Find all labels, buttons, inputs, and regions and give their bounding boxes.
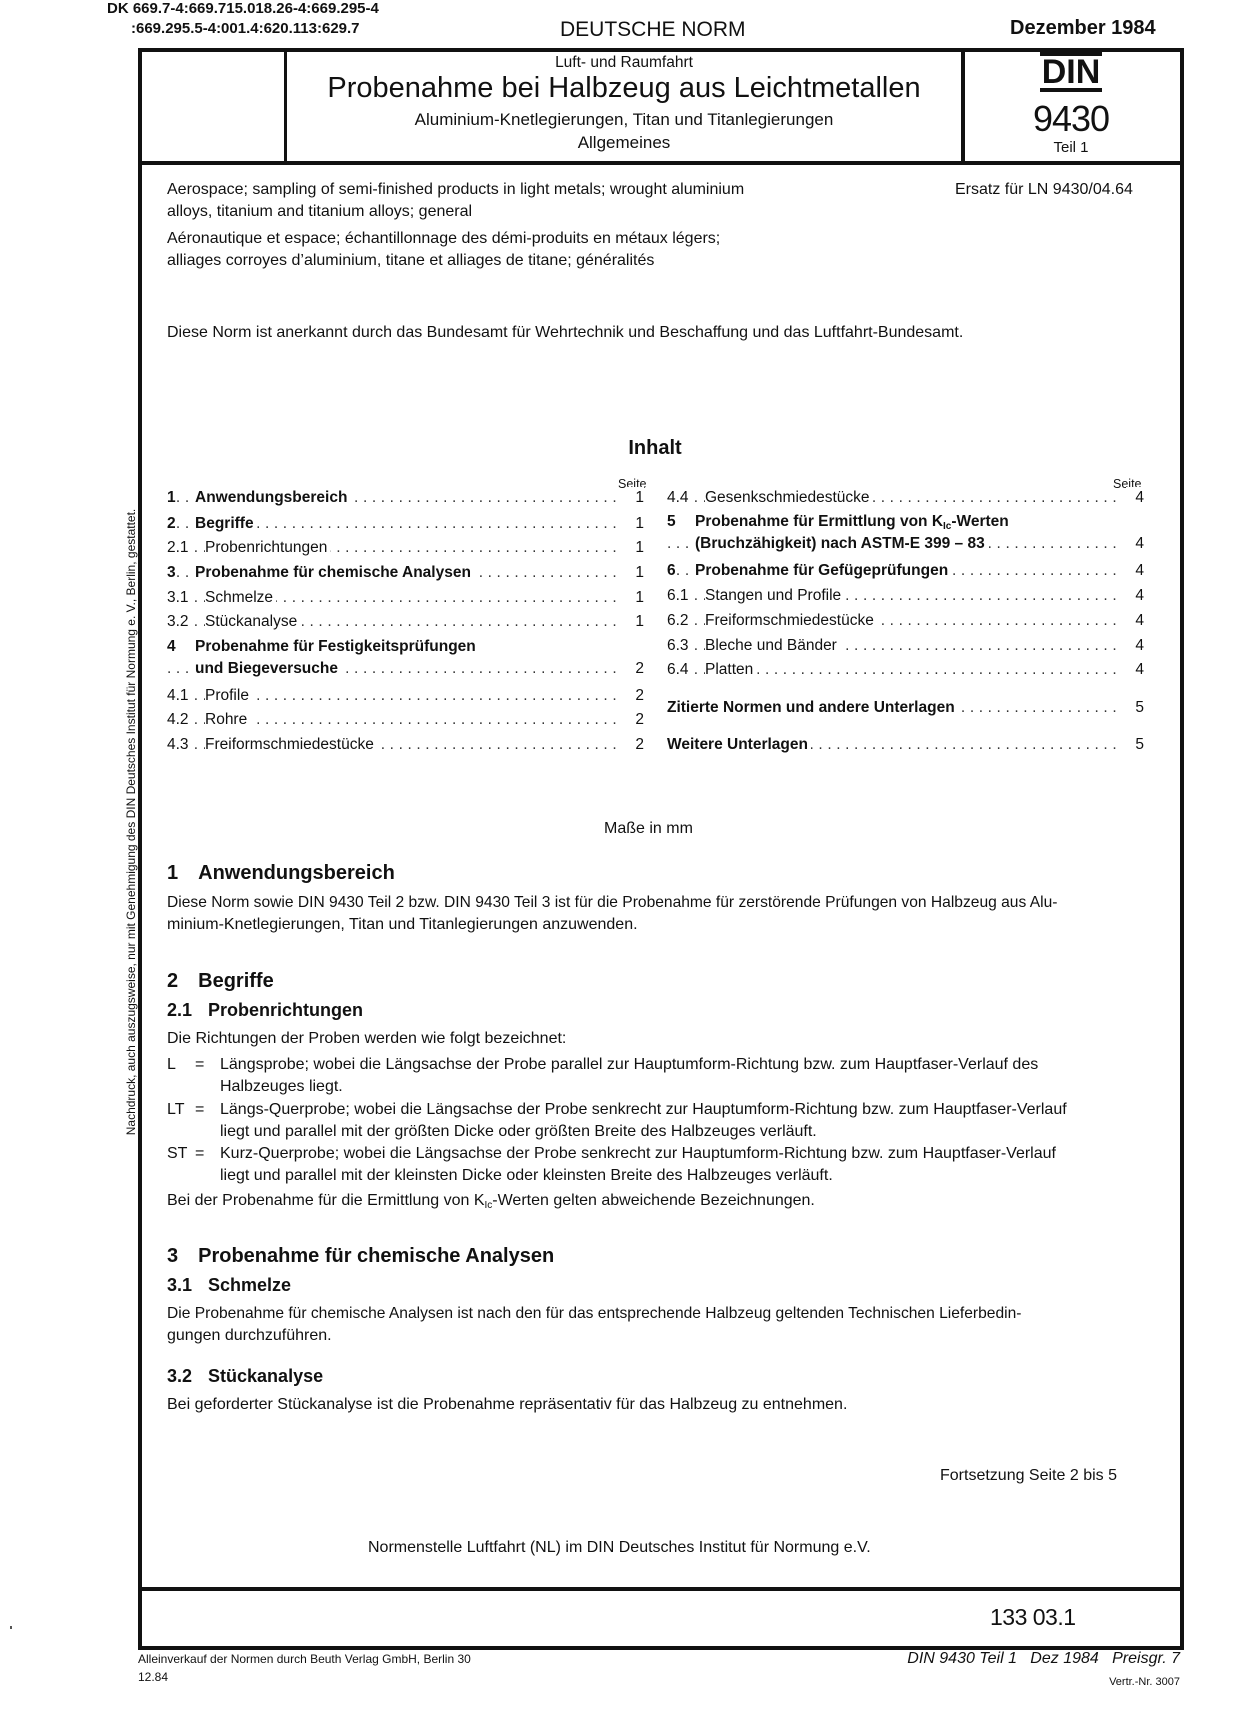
category: Luft- und Raumfahrt [287,54,961,72]
toc-entry-page: 4 [1126,610,1144,632]
toc-entry-label: Rohre [205,709,250,731]
section-1-number: 1 [167,862,178,884]
dk-classification-line-2: :669.295.5-4:001.4:620.113:629.7 [131,20,360,38]
toc-entry[interactable]: ........................................… [667,585,1144,607]
toc-entry-page: 1 [626,537,644,559]
section-1-title: Anwendungsbereich [198,862,395,884]
toc-entry-page: 1 [626,562,644,584]
din-number: 9430 [965,98,1177,140]
toc-entry-label-cont: und Biegeversuche [195,658,341,680]
toc-entry-label: Begriffe [195,513,257,535]
toc-entry[interactable]: ........................................… [167,562,644,584]
toc-entry-label: Probenahme für chemische Analysen [195,562,474,584]
definition-text: Längsprobe; wobei die Längsachse der Pro… [220,1056,1147,1074]
section-3-heading: 3Probenahme für chemische Analysen [167,1245,554,1268]
toc-entry-label: Anwendungsbereich [195,487,350,509]
french-title-line-1: Aéronautique et espace; échantillonnage … [167,230,720,248]
class-number-divider [138,1587,1184,1591]
toc-entry-number: 4 [167,636,176,658]
document-subtitle-2: Allgemeines [287,133,961,153]
footer-edition: 12.84 [138,1670,168,1684]
toc-entry-number: 6 [667,560,676,582]
toc-entry-label: Bleche und Bänder [705,635,840,657]
toc-entry-number: 3.2 [167,611,189,633]
toc-entry-page: 4 [1126,659,1144,681]
recognition-note: Diese Norm ist anerkannt durch das Bunde… [167,324,963,342]
toc-entry-label: Freiformschmiedestücke [705,610,877,632]
continuation-note: Fortsetzung Seite 2 bis 5 [940,1467,1117,1485]
section-2-1-number: 2.1 [167,1000,192,1020]
toc-entry-page: 5 [1126,697,1144,719]
section-3-number: 3 [167,1245,178,1267]
definition-text: Kurz-Querprobe; wobei die Längsachse der… [220,1145,1147,1163]
toc-entry-page: 2 [626,734,644,756]
definition-text: Längs-Querprobe; wobei die Längsachse de… [220,1101,1147,1119]
toc-entry-label: Probenrichtungen [205,537,330,559]
section-2-number: 2 [167,970,178,992]
section-3-1-number: 3.1 [167,1275,192,1295]
definition-key: LT [167,1101,184,1119]
toc-entry-number: 5 [667,511,676,533]
french-title-line-2: alliages corroyes d’aluminium, titane et… [167,252,654,270]
section-1-text-line-1: Diese Norm sowie DIN 9430 Teil 2 bzw. DI… [167,894,1057,912]
toc-entry-page: 1 [626,611,644,633]
english-title-line-2: alloys, titanium and titanium alloys; ge… [167,203,472,221]
section-3-1-text-line-1: Die Probenahme für chemische Analysen is… [167,1305,1021,1323]
section-3-1-text-line-2: gungen durchzuführen. [167,1327,332,1345]
section-2-1-title: Probenrichtungen [208,1000,363,1020]
section-3-2-heading: 3.2Stückanalyse [167,1366,323,1387]
toc-entry-page: 2 [626,658,644,680]
english-title-line-1: Aerospace; sampling of semi-finished pro… [167,181,744,199]
title-block-divider [138,161,1184,165]
committee-note: Normenstelle Luftfahrt (NL) im DIN Deuts… [368,1539,871,1557]
toc-entry-number: 4.4 [667,487,689,509]
toc-entry-page: 1 [626,487,644,509]
toc-entry[interactable]: ........................................… [167,734,644,756]
section-1-heading: 1Anwendungsbereich [167,862,395,885]
reprint-notice: Nachdruck, auch auszugsweise, nur mit Ge… [124,509,138,1136]
footer-document-ref: DIN 9430 Teil 1 Dez 1984 Preisgr. 7 [907,1650,1180,1668]
toc-entry[interactable]: ........................................… [167,537,644,559]
section-3-2-text: Bei geforderter Stückanalyse ist die Pro… [167,1396,847,1414]
toc-entry[interactable]: ........................................… [667,659,1144,681]
toc-entry-label: Profile [205,685,252,707]
toc-entry[interactable]: ........................................… [667,511,1144,555]
toc-entry[interactable]: ........................................… [667,487,1144,509]
toc-entry-number: 4.2 [167,709,189,731]
section-2-title: Begriffe [198,970,274,992]
toc-entry-page: 5 [1126,734,1144,756]
toc-title: Inhalt [600,437,710,460]
din-logo-text: DIN [1040,52,1103,92]
definition-key: L [167,1056,176,1074]
section-3-2-title: Stückanalyse [208,1366,323,1386]
toc-entry-page: 1 [626,513,644,535]
toc-entry-number: 4.1 [167,685,189,707]
definition-text-cont: Halbzeuges liegt. [220,1078,1147,1096]
toc-entry-page: 4 [1126,533,1144,555]
toc-entry-number: 2 [167,513,176,535]
toc-entry-number: 2.1 [167,537,189,559]
section-3-title: Probenahme für chemische Analysen [198,1245,554,1267]
toc-entry[interactable]: ........................................… [667,560,1144,582]
toc-entry-number: 3.1 [167,587,189,609]
toc-entry-label: Stangen und Profile [705,585,844,607]
dk-classification-line-1: DK 669.7-4:669.715.018.26-4:669.295-4 [107,0,379,18]
toc-entry[interactable]: ........................................… [167,685,644,707]
toc-entry[interactable]: ........................................… [167,587,644,609]
toc-entry-label: Zitierte Normen und andere Unterlagen [667,697,958,719]
toc-entry[interactable]: ........................................… [667,734,1144,756]
publication-date: Dezember 1984 [1010,17,1156,40]
toc-entry-page: 4 [1126,560,1144,582]
toc-entry-label: Gesenkschmiedestücke [705,487,873,509]
toc-entry-label: Probenahme für Festigkeitsprüfungen [195,636,479,658]
toc-entry-number: 6.3 [667,635,689,657]
toc-entry[interactable]: ........................................… [667,610,1144,632]
toc-entry-label: Weitere Unterlagen [667,734,811,756]
toc-entry-page: 2 [626,685,644,707]
toc-entry[interactable]: ........................................… [167,709,644,731]
section-3-1-heading: 3.1Schmelze [167,1275,291,1296]
footer-distributor: Alleinverkauf der Normen durch Beuth Ver… [138,1652,471,1666]
norm-type: DEUTSCHE NORM [560,18,746,42]
toc-entry-number: 6.1 [667,585,689,607]
section-1-text-line-2: minium-Knetlegierungen, Titan und Titanl… [167,916,638,934]
section-3-1-title: Schmelze [208,1275,291,1295]
toc-left-column: ........................................… [167,487,644,757]
toc-entry[interactable]: ........................................… [167,611,644,633]
definition-ST: ST= Kurz-Querprobe; wobei die Längsachse… [167,1145,1147,1189]
din-logo: DIN [965,52,1177,92]
section-3-2-number: 3.2 [167,1366,192,1386]
toc-entry-label-cont: (Bruchzähigkeit) nach ASTM-E 399 – 83 [695,533,988,555]
document-subtitle: Aluminium-Knetlegierungen, Titan und Tit… [287,110,961,130]
toc-entry-number: 3 [167,562,176,584]
definition-text-cont: liegt und parallel mit der kleinsten Dic… [220,1167,1147,1185]
definition-L: L= Längsprobe; wobei die Längsachse der … [167,1056,1147,1100]
definition-LT: LT= Längs-Querprobe; wobei die Längsachs… [167,1101,1147,1145]
footer-distribution-number: Vertr.-Nr. 3007 [1109,1676,1180,1688]
toc-entry-label: Schmelze [205,587,276,609]
toc-entry-label: Stückanalyse [205,611,300,633]
section-2-closing: Bei der Probenahme für die Ermittlung vo… [167,1192,815,1211]
toc-entry-number: 4.3 [167,734,189,756]
toc-right-column: ........................................… [667,487,1144,757]
toc-entry[interactable]: ........................................… [167,487,644,509]
toc-entry-page: 4 [1126,635,1144,657]
closing-text: Bei der Probenahme für die Ermittlung vo… [167,1192,485,1209]
toc-entry-page: 2 [626,709,644,731]
toc-entry-label: Freiformschmiedestücke [205,734,377,756]
toc-entry-number: 6.4 [667,659,689,681]
definition-text-cont: liegt und parallel mit der größten Dicke… [220,1123,1147,1141]
toc-entry[interactable]: ........................................… [167,636,644,680]
toc-entry-number: 6.2 [667,610,689,632]
section-2-heading: 2Begriffe [167,970,274,993]
closing-text-after: -Werten gelten abweichende Bezeichnungen… [492,1192,815,1209]
toc-entry-page: 1 [626,587,644,609]
toc-entry-label: Probenahme für Gefügeprüfungen [695,560,951,582]
part-number: Teil 1 [965,139,1177,156]
toc-entry[interactable]: ........................................… [167,513,644,535]
toc-entry-label: Platten [705,659,756,681]
document-title: Probenahme bei Halbzeug aus Leichtmetall… [287,72,961,105]
toc-entry-page: 4 [1126,487,1144,509]
units-note: Maße in mm [604,820,693,838]
section-2-1-heading: 2.1Probenrichtungen [167,1000,363,1021]
toc-entry[interactable]: ........................................… [667,635,1144,657]
toc-entry[interactable]: ........................................… [667,697,1144,719]
scan-speck [10,1626,12,1629]
class-number: 133 03.1 [990,1604,1076,1631]
toc-entry-page: 4 [1126,585,1144,607]
toc-entry-number: 1 [167,487,176,509]
replaces-note: Ersatz für LN 9430/04.64 [955,181,1133,199]
section-2-1-intro: Die Richtungen der Proben werden wie fol… [167,1030,566,1048]
definition-key: ST [167,1145,187,1163]
